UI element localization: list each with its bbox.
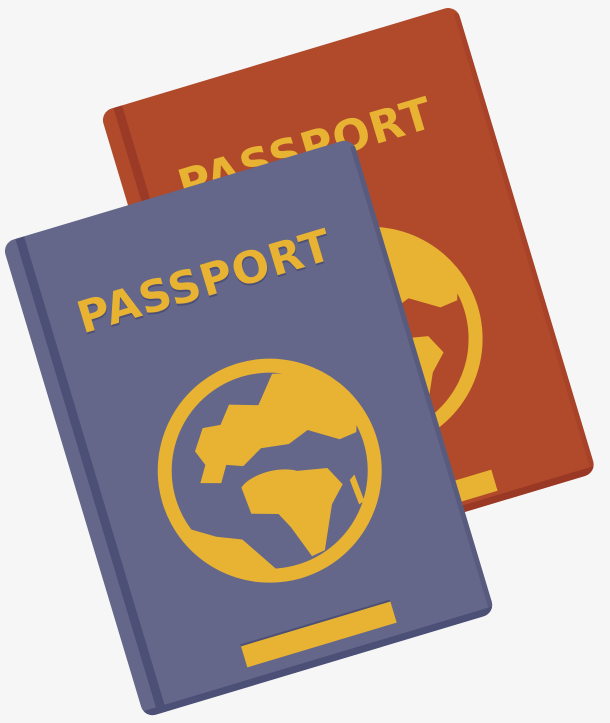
globe-icon — [120, 321, 419, 620]
